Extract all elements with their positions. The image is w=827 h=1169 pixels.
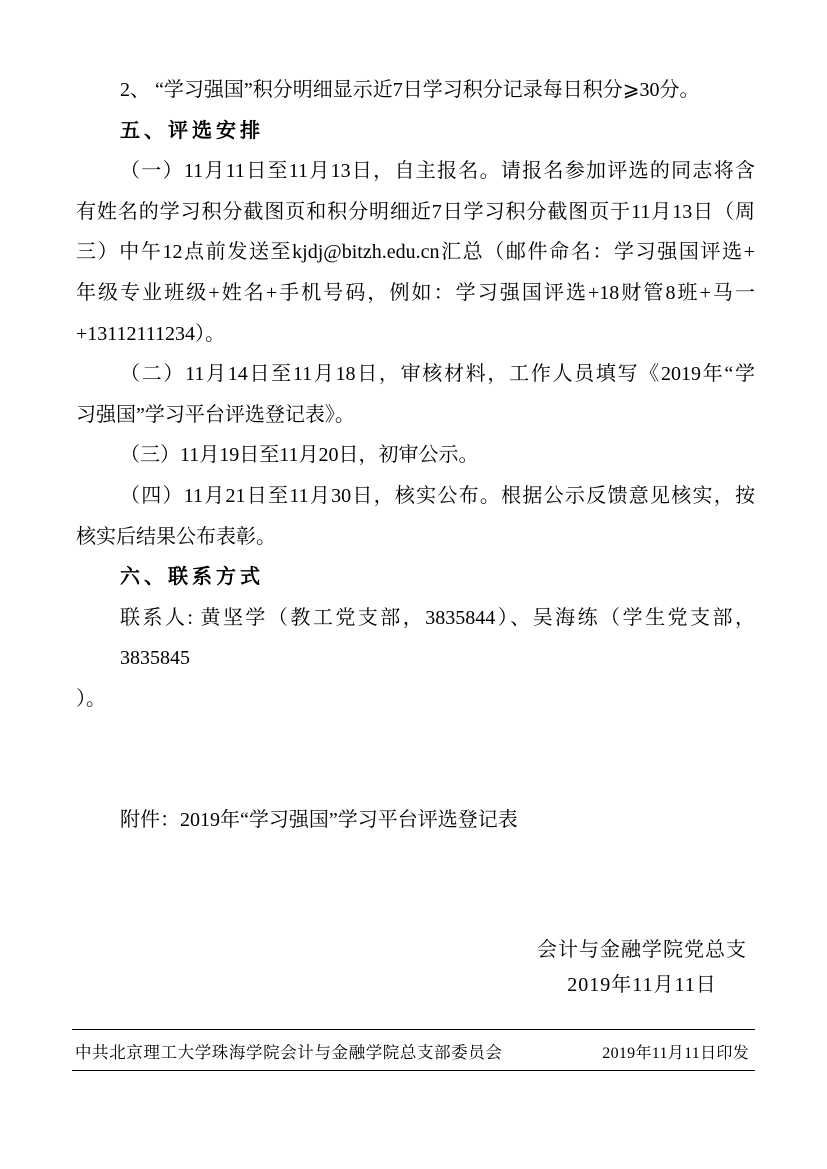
section-heading: 五、评选安排	[76, 111, 755, 152]
body-line: 年级专业班级+姓名+手机号码，例如：学习强国评选+18财管8班+马一	[76, 273, 755, 314]
body-line: 核实后结果公布表彰。	[76, 517, 755, 558]
body-line: 习强国”学习平台评选登记表》。	[76, 395, 755, 436]
signature-org: 会计与金融学院党总支	[537, 933, 747, 968]
footer-rule-bottom	[72, 1070, 755, 1071]
footer-print-date: 2019年11月11日印发	[602, 1040, 749, 1063]
footer-issuer: 中共北京理工大学珠海学院会计与金融学院总支部委员会	[75, 1039, 503, 1063]
document-page: 2、 “学习强国”积分明细显示近7日学习积分记录每日积分⩾30分。 五、评选安排…	[0, 0, 827, 1169]
body-line: 联系人: 黄坚学（教工党支部，3835844）、吴海练（学生党支部，383584…	[76, 598, 755, 679]
body-line: 三）中午12点前发送至kjdj@bitzh.edu.cn汇总（邮件命名：学习强国…	[76, 232, 755, 273]
body-line: （二）11月14日至11月18日，审核材料，工作人员填写《2019年“学	[76, 354, 755, 395]
document-body: 2、 “学习强国”积分明细显示近7日学习积分记录每日积分⩾30分。 五、评选安排…	[76, 70, 755, 720]
attachment-note: 附件：2019年“学习强国”学习平台评选登记表	[120, 806, 518, 834]
signature-block: 会计与金融学院党总支 2019年11月11日	[537, 933, 747, 1003]
body-line: 有姓名的学习积分截图页和积分明细近7日学习积分截图页于11月13日（周	[76, 192, 755, 233]
body-line: 2、 “学习强国”积分明细显示近7日学习积分记录每日积分⩾30分。	[76, 70, 755, 111]
body-line: ）。	[76, 679, 755, 720]
signature-date: 2019年11月11日	[537, 968, 747, 1003]
body-line: （四）11月21日至11月30日，核实公布。根据公示反馈意见核实，按	[76, 476, 755, 517]
body-line: （一）11月11日至11月13日，自主报名。请报名参加评选的同志将含	[76, 151, 755, 192]
footer: 中共北京理工大学珠海学院会计与金融学院总支部委员会 2019年11月11日印发	[75, 1039, 749, 1063]
body-line: +13112111234）。	[76, 314, 755, 355]
footer-rule-top	[72, 1029, 755, 1030]
body-line: （三）11月19日至11月20日，初审公示。	[76, 435, 755, 476]
section-heading: 六、联系方式	[76, 557, 755, 598]
